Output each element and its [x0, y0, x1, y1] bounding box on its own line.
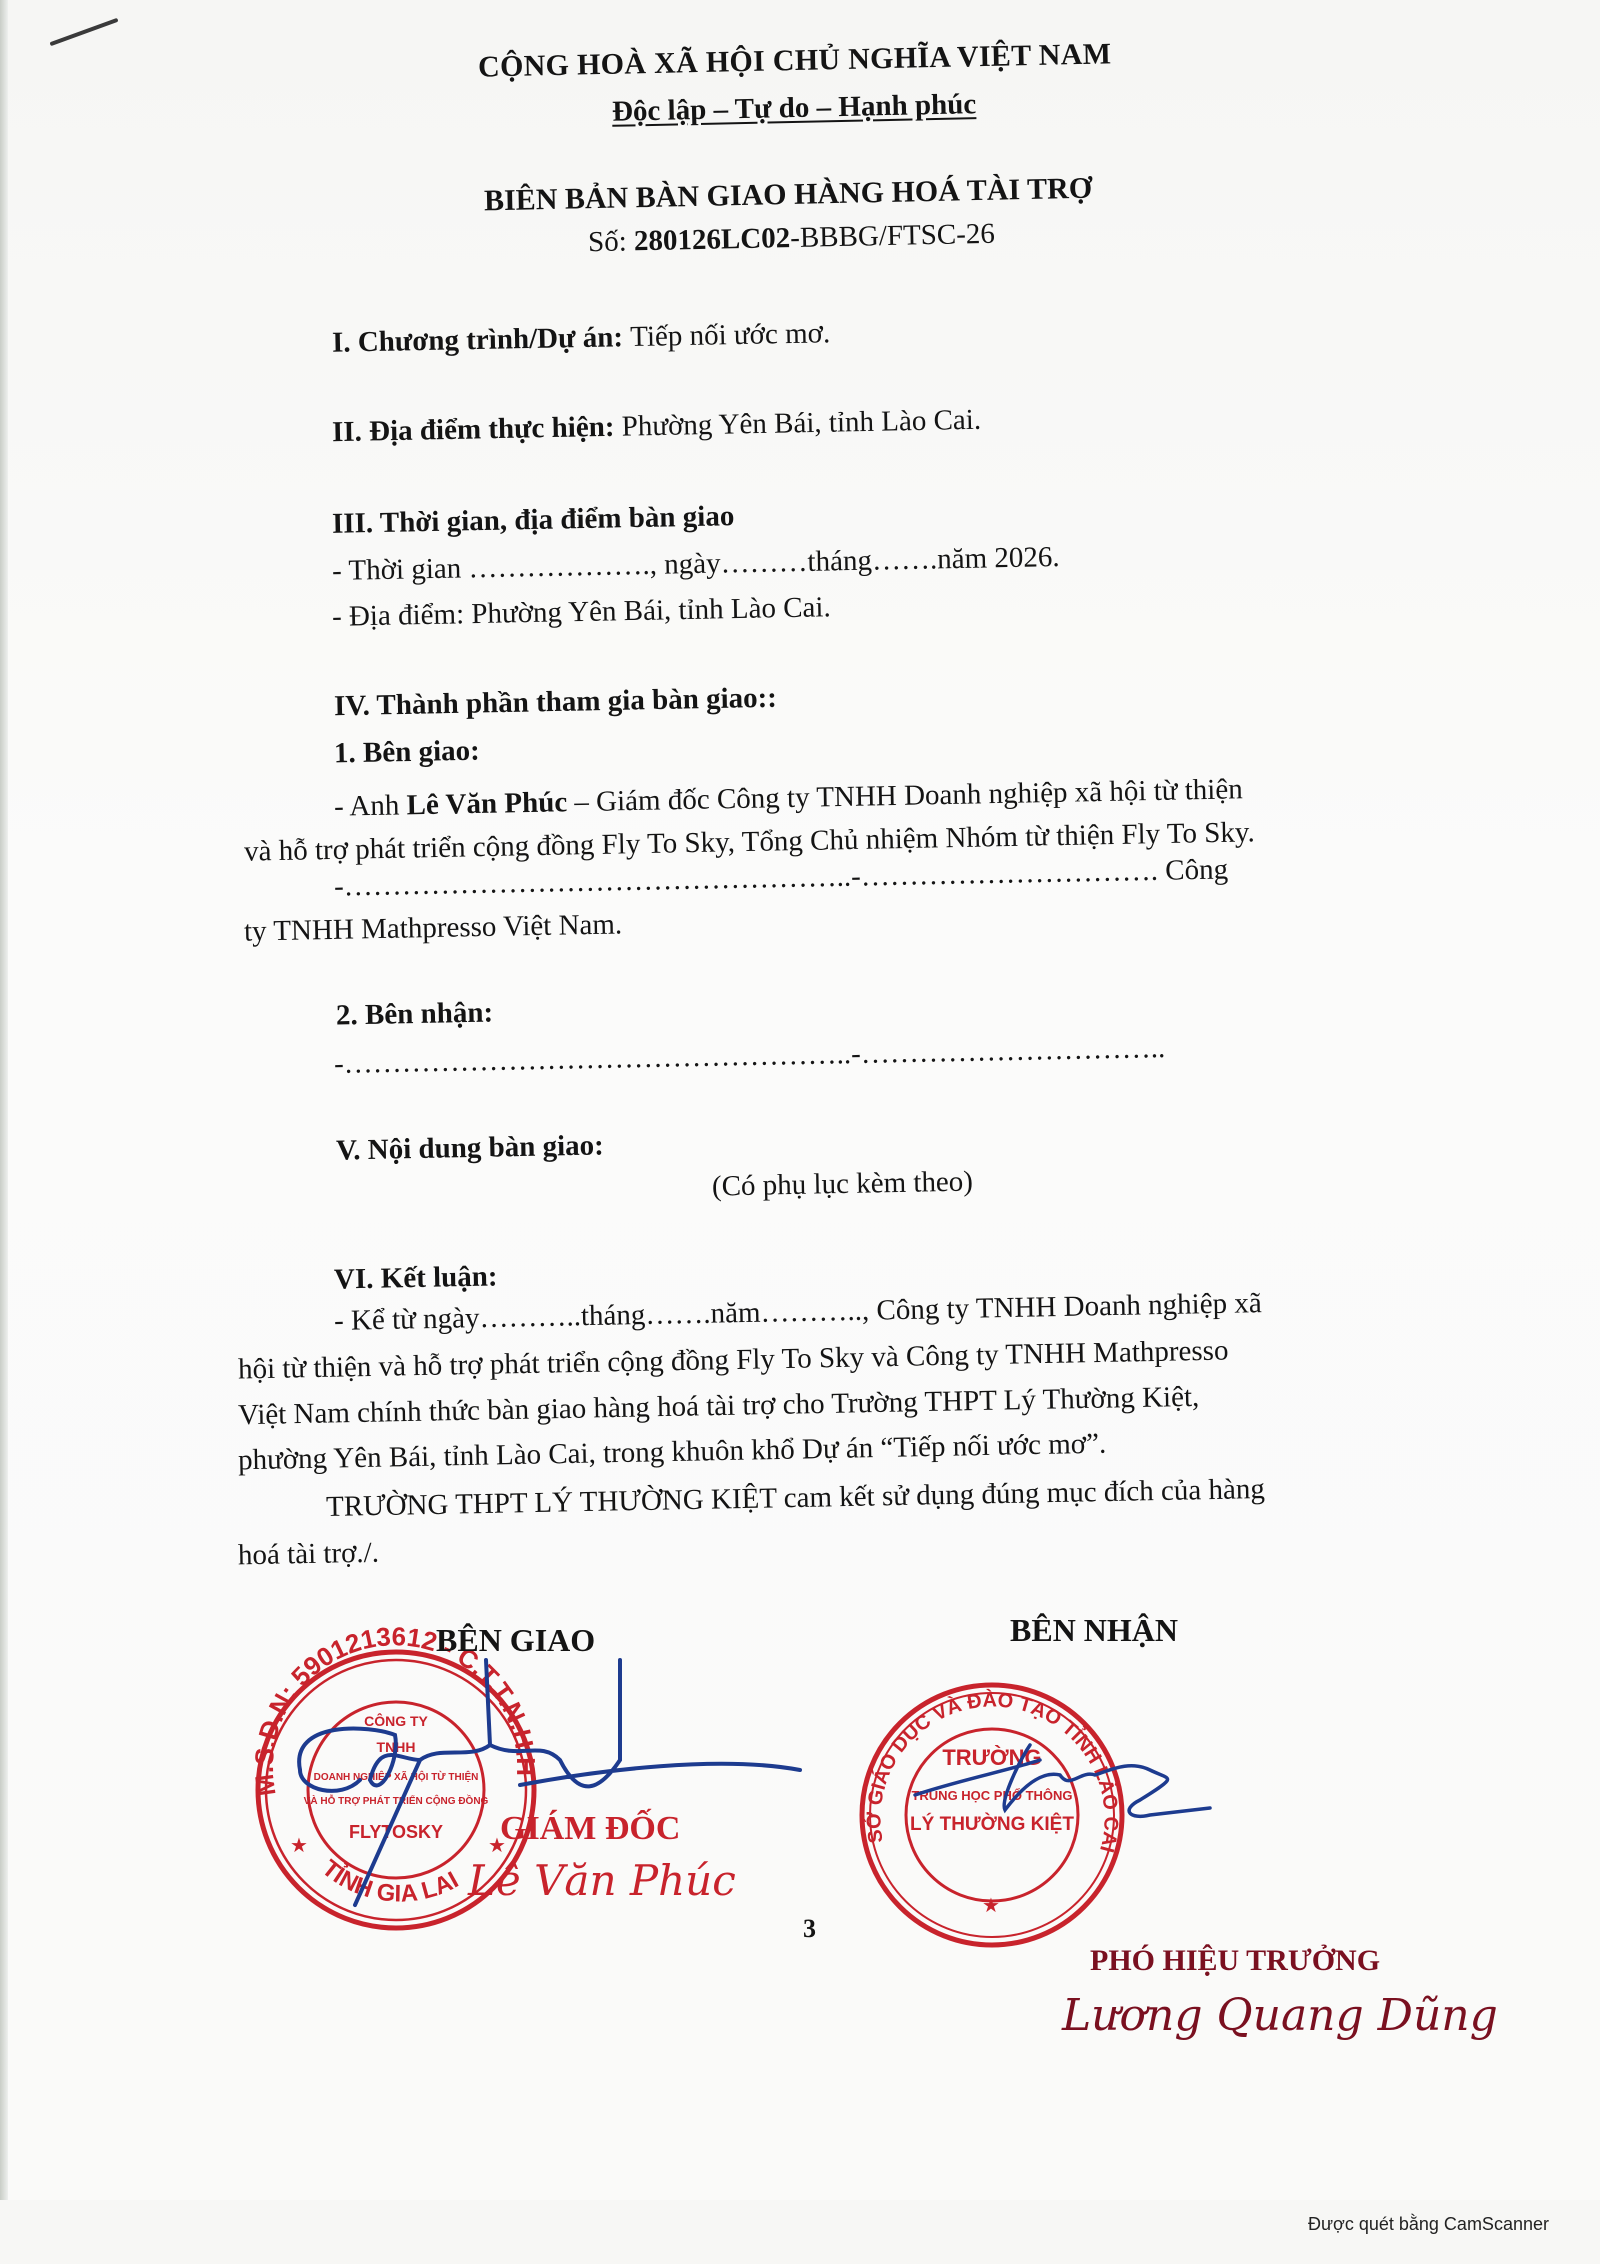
receiver-sign-title: BÊN NHẬN	[1010, 1612, 1178, 1649]
svg-text:VÀ HỖ TRỢ PHÁT TRIỂN CỘNG ĐỒNG: VÀ HỖ TRỢ PHÁT TRIỂN CỘNG ĐỒNG	[304, 1794, 489, 1807]
svg-text:FLYTOSKY: FLYTOSKY	[349, 1822, 443, 1842]
giver-stamp-bottom-text: TỈNH GIA LAI	[317, 1855, 463, 1908]
giver-position: GIÁM ĐỐC	[500, 1810, 680, 1848]
receiver-position: PHÓ HIỆU TRƯỞNG	[1090, 1944, 1380, 1978]
receiver-printed-name: Lương Quang Dũng	[1062, 1990, 1498, 2041]
document-page: CỘNG HOÀ XÃ HỘI CHỦ NGHĨA VIỆT NAM Độc l…	[0, 0, 1600, 2200]
giver-printed-name: Lê Văn Phúc	[468, 1856, 736, 1905]
svg-text:★: ★	[982, 1895, 1000, 1917]
stamps-and-signatures: M.S.D.N: 5901213612 - C.T.T.N.H.H TỈNH G…	[0, 0, 1600, 2200]
giver-sign-title: BÊN GIAO	[436, 1622, 595, 1659]
svg-text:★: ★	[290, 1835, 308, 1857]
svg-text:LÝ THƯỜNG KIỆT: LÝ THƯỜNG KIỆT	[910, 1813, 1074, 1835]
camscanner-note: Được quét bằng CamScanner	[1308, 2214, 1549, 2235]
page-number: 3	[803, 1914, 816, 1944]
svg-text:DOANH NGHIỆP XÃ HỘI TỪ THIỆN: DOANH NGHIỆP XÃ HỘI TỪ THIỆN	[314, 1770, 479, 1783]
svg-text:CÔNG TY: CÔNG TY	[364, 1712, 428, 1729]
